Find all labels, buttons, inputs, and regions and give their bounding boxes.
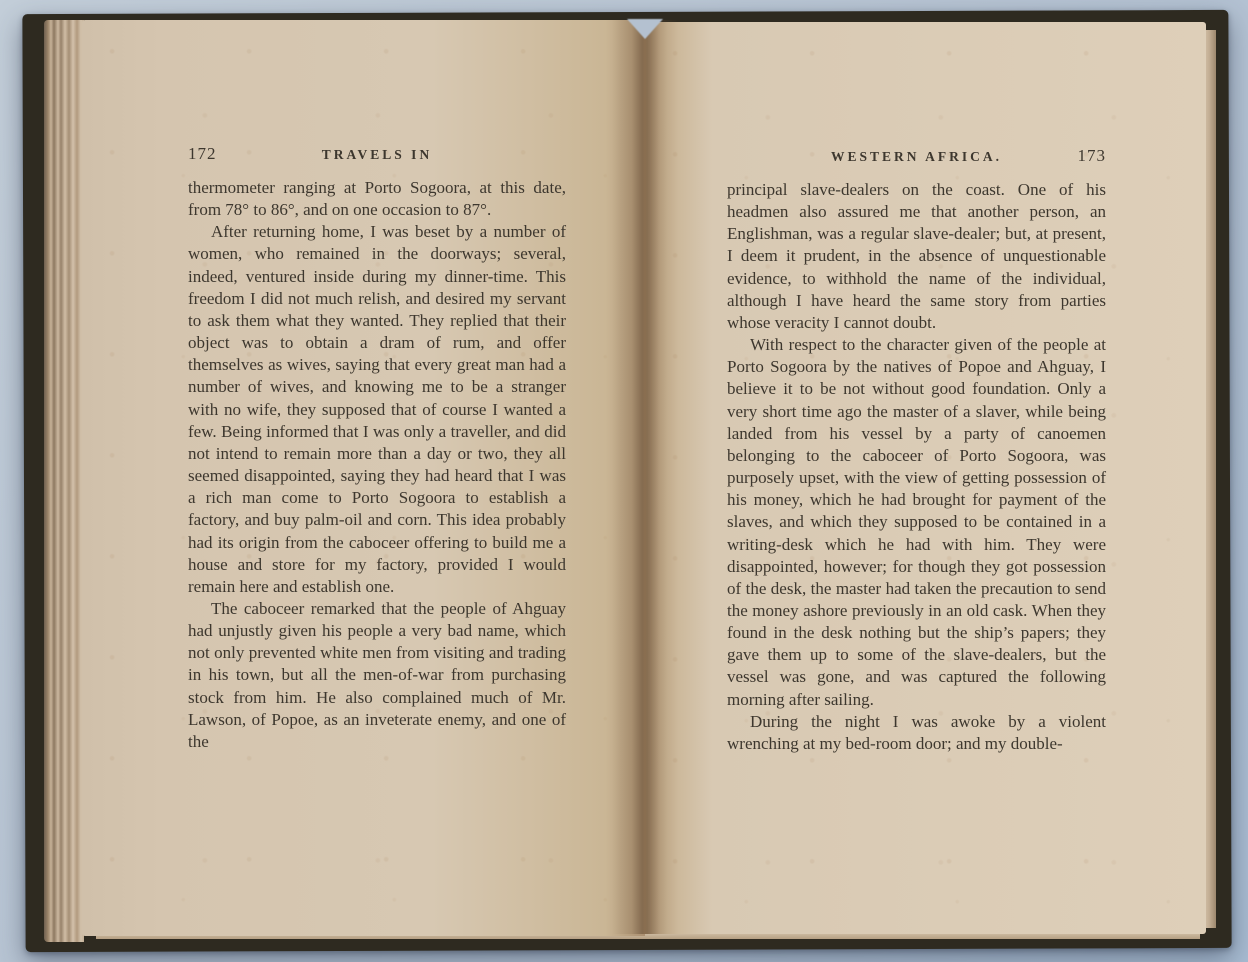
page-number-left: 172	[188, 144, 240, 164]
page-number-right: 173	[1054, 146, 1106, 166]
right-running-header: WESTERN AFRICA. 173	[727, 146, 1106, 166]
right-page-text: principal slave-dealers on the coast. On…	[727, 179, 1106, 755]
paragraph: With respect to the character given of t…	[727, 334, 1106, 711]
page-edge-stack-left	[44, 20, 84, 942]
left-page-text: thermometer ranging at Porto Sogoora, at…	[188, 177, 566, 753]
paragraph: The caboceer remarked that the people of…	[188, 598, 566, 753]
right-page: WESTERN AFRICA. 173 principal slave-deal…	[645, 22, 1206, 934]
paragraph: thermometer ranging at Porto Sogoora, at…	[188, 177, 566, 221]
paragraph: principal slave-dealers on the coast. On…	[727, 179, 1106, 334]
gutter-top-notch	[627, 19, 663, 39]
paragraph: During the night I was awoke by a violen…	[727, 711, 1106, 755]
photo-backdrop: { "colors": { "backdrop_top": "#c3ced9",…	[0, 0, 1248, 962]
paragraph: After returning home, I was beset by a n…	[188, 221, 566, 598]
running-title-right: WESTERN AFRICA.	[779, 149, 1054, 165]
left-running-header: 172 TRAVELS IN	[188, 144, 566, 164]
running-title-left: TRAVELS IN	[240, 147, 514, 163]
left-page: 172 TRAVELS IN thermometer ranging at Po…	[82, 20, 645, 936]
